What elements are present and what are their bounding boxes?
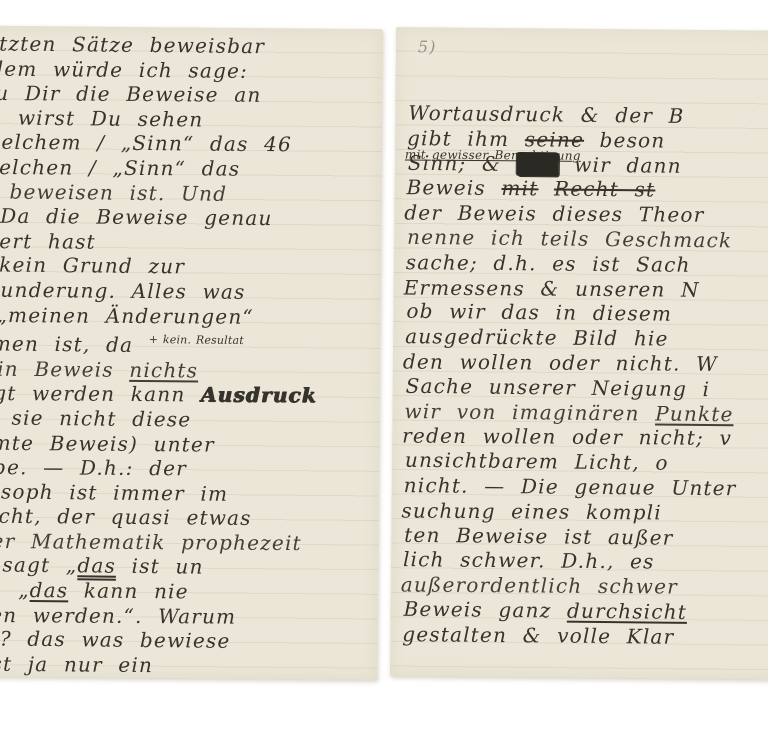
heavily-inked-word: Ausdruck bbox=[201, 383, 317, 408]
manuscript-line: gar kein Grund zur bbox=[0, 252, 382, 281]
manuscript-photo: gesetzten Sätze beweisbarst, dem würde i… bbox=[0, 0, 768, 735]
handwriting-segment: nenne ich teils Geschmack bbox=[407, 225, 732, 253]
handwriting-segment: kann nie bbox=[68, 578, 189, 603]
handwriting-segment: ob wir das in diesem bbox=[406, 299, 672, 326]
manuscript-line: studiert hast bbox=[0, 228, 379, 255]
handwriting-segment: Verwunderung. Alles was bbox=[0, 277, 246, 304]
handwriting-segment: dann wirst Du sehen bbox=[0, 105, 204, 132]
handwriting-segment: Sache unserer Neigung i bbox=[406, 373, 711, 400]
handwriting-segment: jene beweisen ist. Und bbox=[0, 178, 227, 205]
handwriting-segment: schau Dir die Beweise an bbox=[0, 81, 262, 107]
handwriting-segment: der Beweis dieses Theor bbox=[404, 201, 704, 227]
manuscript-line: lich schwer. D.h., es bbox=[403, 547, 768, 576]
manuscript-line: in welchem / „Sinn“ das 46 bbox=[0, 130, 382, 158]
handwriting-segment: aus „meinen Änderungen“ bbox=[0, 302, 254, 328]
handwriting-segment: in der Mathematik prophezeit bbox=[0, 529, 302, 555]
handwriting-segment: t & sagt „ bbox=[0, 552, 78, 577]
handwriting-segment: gar kein Grund zur bbox=[0, 252, 185, 279]
manuscript-line: Verwunderung. Alles was bbox=[0, 277, 381, 305]
manuscript-page-right: 5) Wortausdruck & der Bgibt ihm seine be… bbox=[390, 27, 768, 680]
handwriting-segment: Sinn; & bbox=[408, 150, 517, 175]
manuscript-line: wiesen werden.“. Warum bbox=[0, 602, 376, 629]
manuscript-line: dann wirst Du sehen bbox=[0, 105, 383, 134]
manuscript-line: gestalten & volle Klar bbox=[402, 622, 768, 651]
manuscript-line: Da die Beweise genau bbox=[0, 203, 381, 231]
handwriting-segment: ne ist ja nur ein bbox=[0, 651, 153, 677]
handwriting-segment: so ein Beweis bbox=[0, 356, 129, 382]
manuscript-line: st, dem würde ich sage: bbox=[0, 56, 383, 84]
manuscript-line: sehe sie nicht diese bbox=[0, 405, 381, 434]
manuscript-line: Philosoph ist immer im bbox=[0, 479, 380, 508]
handwriting-segment: sache; d.h. es ist Sach bbox=[406, 250, 691, 277]
handwriting-segment: sehe sie nicht diese bbox=[0, 405, 191, 432]
manuscript-line: nicht? das was bewiese bbox=[0, 626, 379, 655]
handwriting-segment: Da die Beweise genau bbox=[0, 204, 273, 230]
manuscript-line: jene beweisen ist. Und bbox=[0, 178, 383, 207]
manuscript-line: t habe. — D.h.: der bbox=[0, 455, 377, 482]
manuscript-line: so ein Beweis nichts bbox=[0, 356, 380, 384]
page-number: 5) bbox=[418, 37, 437, 56]
handwriting-segment: kommen ist, da bbox=[0, 331, 149, 357]
handwriting-segment: wiesen werden.“. Warum bbox=[0, 602, 236, 628]
manuscript-line: nicht. — Die genaue Unter bbox=[404, 473, 768, 502]
handwriting-segment: Ermessens & unseren N bbox=[404, 275, 700, 301]
manuscript-line: gesagt werden kann Ausdruck bbox=[0, 381, 378, 408]
right-page-text: Wortausdruck & der Bgibt ihm seine beson… bbox=[390, 101, 768, 651]
handwriting-segment: stimmte Beweis) unter bbox=[0, 430, 215, 456]
handwriting-segment: ist un bbox=[116, 554, 204, 579]
handwriting-segment: studiert hast bbox=[0, 228, 96, 253]
manuscript-line: gesetzten Sätze beweisbar bbox=[0, 31, 383, 60]
handwriting-segment: gesagt werden kann bbox=[0, 381, 201, 407]
handwriting-segment: t habe. — D.h.: der bbox=[0, 455, 187, 481]
handwriting-segment: den wollen oder nicht. W bbox=[403, 349, 718, 375]
handwriting-segment: beson bbox=[584, 128, 666, 153]
struck-through-word: Recht st bbox=[554, 177, 656, 202]
manuscript-page-left: gesetzten Sätze beweisbarst, dem würde i… bbox=[0, 25, 383, 680]
handwriting-segment: lich“, „ bbox=[0, 577, 30, 602]
manuscript-line: aus „meinen Änderungen“ bbox=[0, 302, 378, 329]
handwriting-segment: nicht. — Die genaue Unter bbox=[404, 473, 737, 500]
double-underlined-word: das bbox=[77, 554, 116, 578]
manuscript-line: lich“, „das kann nie bbox=[0, 577, 378, 605]
manuscript-line: Beweis mit Recht st bbox=[406, 175, 768, 204]
handwriting-segment: gestalten & volle Klar bbox=[402, 622, 674, 649]
underlined-word: durchsicht bbox=[567, 599, 687, 624]
handwriting-segment: st, dem würde ich sage: bbox=[0, 56, 248, 83]
handwriting-segment: ausgedrückte Bild hie bbox=[405, 324, 669, 351]
handwriting-segment: wir von imaginären bbox=[404, 399, 655, 425]
handwriting-segment: ten Beweise ist außer bbox=[404, 522, 674, 549]
underlined-word: nichts bbox=[129, 358, 198, 383]
underlined-word: Punkte bbox=[655, 401, 734, 426]
handwriting-segment: lich schwer. D.h., es bbox=[403, 547, 655, 573]
struck-through-word: mit bbox=[501, 176, 538, 200]
manuscript-line: suchung eines kompli bbox=[401, 498, 768, 526]
handwriting-segment: gesetzten Sätze beweisbar bbox=[0, 31, 265, 58]
inked-out-word: und bbox=[516, 152, 558, 176]
manuscript-line: in der Mathematik prophezeit bbox=[0, 529, 376, 556]
underlined-word: das bbox=[30, 578, 69, 602]
manuscript-line: ausgedrückte Bild hie bbox=[405, 324, 768, 353]
handwriting-segment: Beweis ganz bbox=[403, 597, 567, 623]
handwriting-segment: reden wollen oder nicht; v bbox=[402, 424, 732, 450]
handwriting-segment: suchung eines kompli bbox=[401, 498, 662, 524]
interlinear-insertion: + kein. Resultat bbox=[149, 333, 244, 347]
manuscript-line: stimmte Beweis) unter bbox=[0, 430, 379, 458]
handwriting-segment: Wortausdruck & der B bbox=[408, 101, 685, 128]
handwriting-segment: wir dann bbox=[559, 152, 682, 177]
left-page-text: gesetzten Sätze beweisbarst, dem würde i… bbox=[0, 25, 383, 680]
manuscript-line: ne ist ja nur ein bbox=[0, 651, 377, 679]
manuscript-line: t & sagt „das ist un bbox=[0, 552, 379, 581]
manuscript-line: in welchen / „Sinn“ das bbox=[0, 155, 380, 182]
manuscript-line: den wollen oder nicht. W bbox=[403, 349, 768, 377]
handwriting-segment: Beweis bbox=[406, 175, 501, 200]
handwriting-segment: unsichtbarem Licht, o bbox=[405, 448, 669, 475]
manuscript-line: sache; d.h. es ist Sach bbox=[406, 250, 768, 279]
handwriting-segment: nicht? das was bewiese bbox=[0, 626, 231, 653]
handwriting-segment: in welchen / „Sinn“ das bbox=[0, 155, 240, 181]
handwriting-segment bbox=[538, 177, 554, 201]
handwriting-segment: Unrecht, der quasi etwas bbox=[0, 504, 252, 531]
manuscript-line: kommen ist, da + kein. Resultat bbox=[0, 326, 381, 360]
manuscript-line: schau Dir die Beweise an bbox=[0, 81, 380, 108]
handwriting-segment: in welchem / „Sinn“ das 46 bbox=[0, 130, 292, 157]
handwriting-segment: außerordentlich schwer bbox=[401, 573, 678, 599]
handwriting-segment: Philosoph ist immer im bbox=[0, 479, 228, 506]
manuscript-line: Unrecht, der quasi etwas bbox=[0, 504, 379, 532]
